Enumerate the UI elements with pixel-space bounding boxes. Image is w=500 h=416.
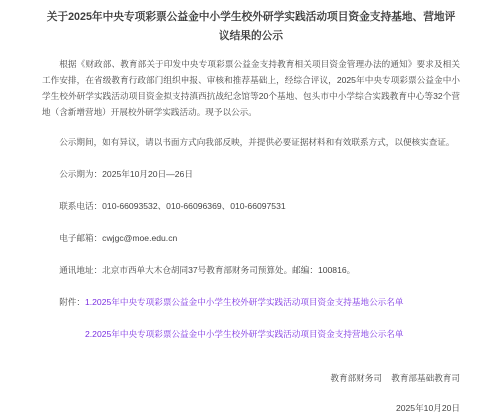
- attachment-link-1[interactable]: 1.2025年中央专项彩票公益金中小学生校外研学实践活动项目资金支持基地公示名单: [85, 297, 403, 307]
- mailing-address-line: 通讯地址：北京市西单大木仓胡同37号教育部财务司预算处。邮编：100816。: [42, 262, 460, 278]
- signature-line: 教育部财务司 教育部基础教育司: [42, 370, 460, 386]
- attachment-line-1: 附件：1.2025年中央专项彩票公益金中小学生校外研学实践活动项目资金支持基地公…: [42, 294, 460, 310]
- attachments-label: 附件：: [59, 297, 85, 307]
- attachment-line-2: 2.2025年中央专项彩票公益金中小学生校外研学实践活动项目资金支持营地公示名单: [42, 326, 460, 342]
- contact-email-line: 电子邮箱：cwjgc@moe.edu.cn: [42, 230, 460, 246]
- attachment-link-2[interactable]: 2.2025年中央专项彩票公益金中小学生校外研学实践活动项目资金支持营地公示名单: [85, 329, 403, 339]
- page-title: 关于2025年中央专项彩票公益金中小学生校外研学实践活动项目资金支持基地、营地评…: [42, 8, 460, 46]
- signature-dept-basic-education: 教育部基础教育司: [391, 373, 460, 383]
- document-date: 2025年10月20日: [42, 400, 460, 416]
- announcement-page: 关于2025年中央专项彩票公益金中小学生校外研学实践活动项目资金支持基地、营地评…: [0, 0, 500, 416]
- objection-paragraph: 公示期间，如有异议，请以书面方式向我部反映，并提供必要证据材料和有效联系方式，以…: [42, 134, 460, 150]
- publicity-period-line: 公示期为：2025年10月20日—26日: [42, 166, 460, 182]
- contact-phone-line: 联系电话：010-66093532、010-66096369、010-66097…: [42, 198, 460, 214]
- signature-dept-finance: 教育部财务司: [330, 373, 382, 383]
- intro-paragraph: 根据《财政部、教育部关于印发中央专项彩票公益金支持教育相关项目资金管理办法的通知…: [42, 56, 460, 120]
